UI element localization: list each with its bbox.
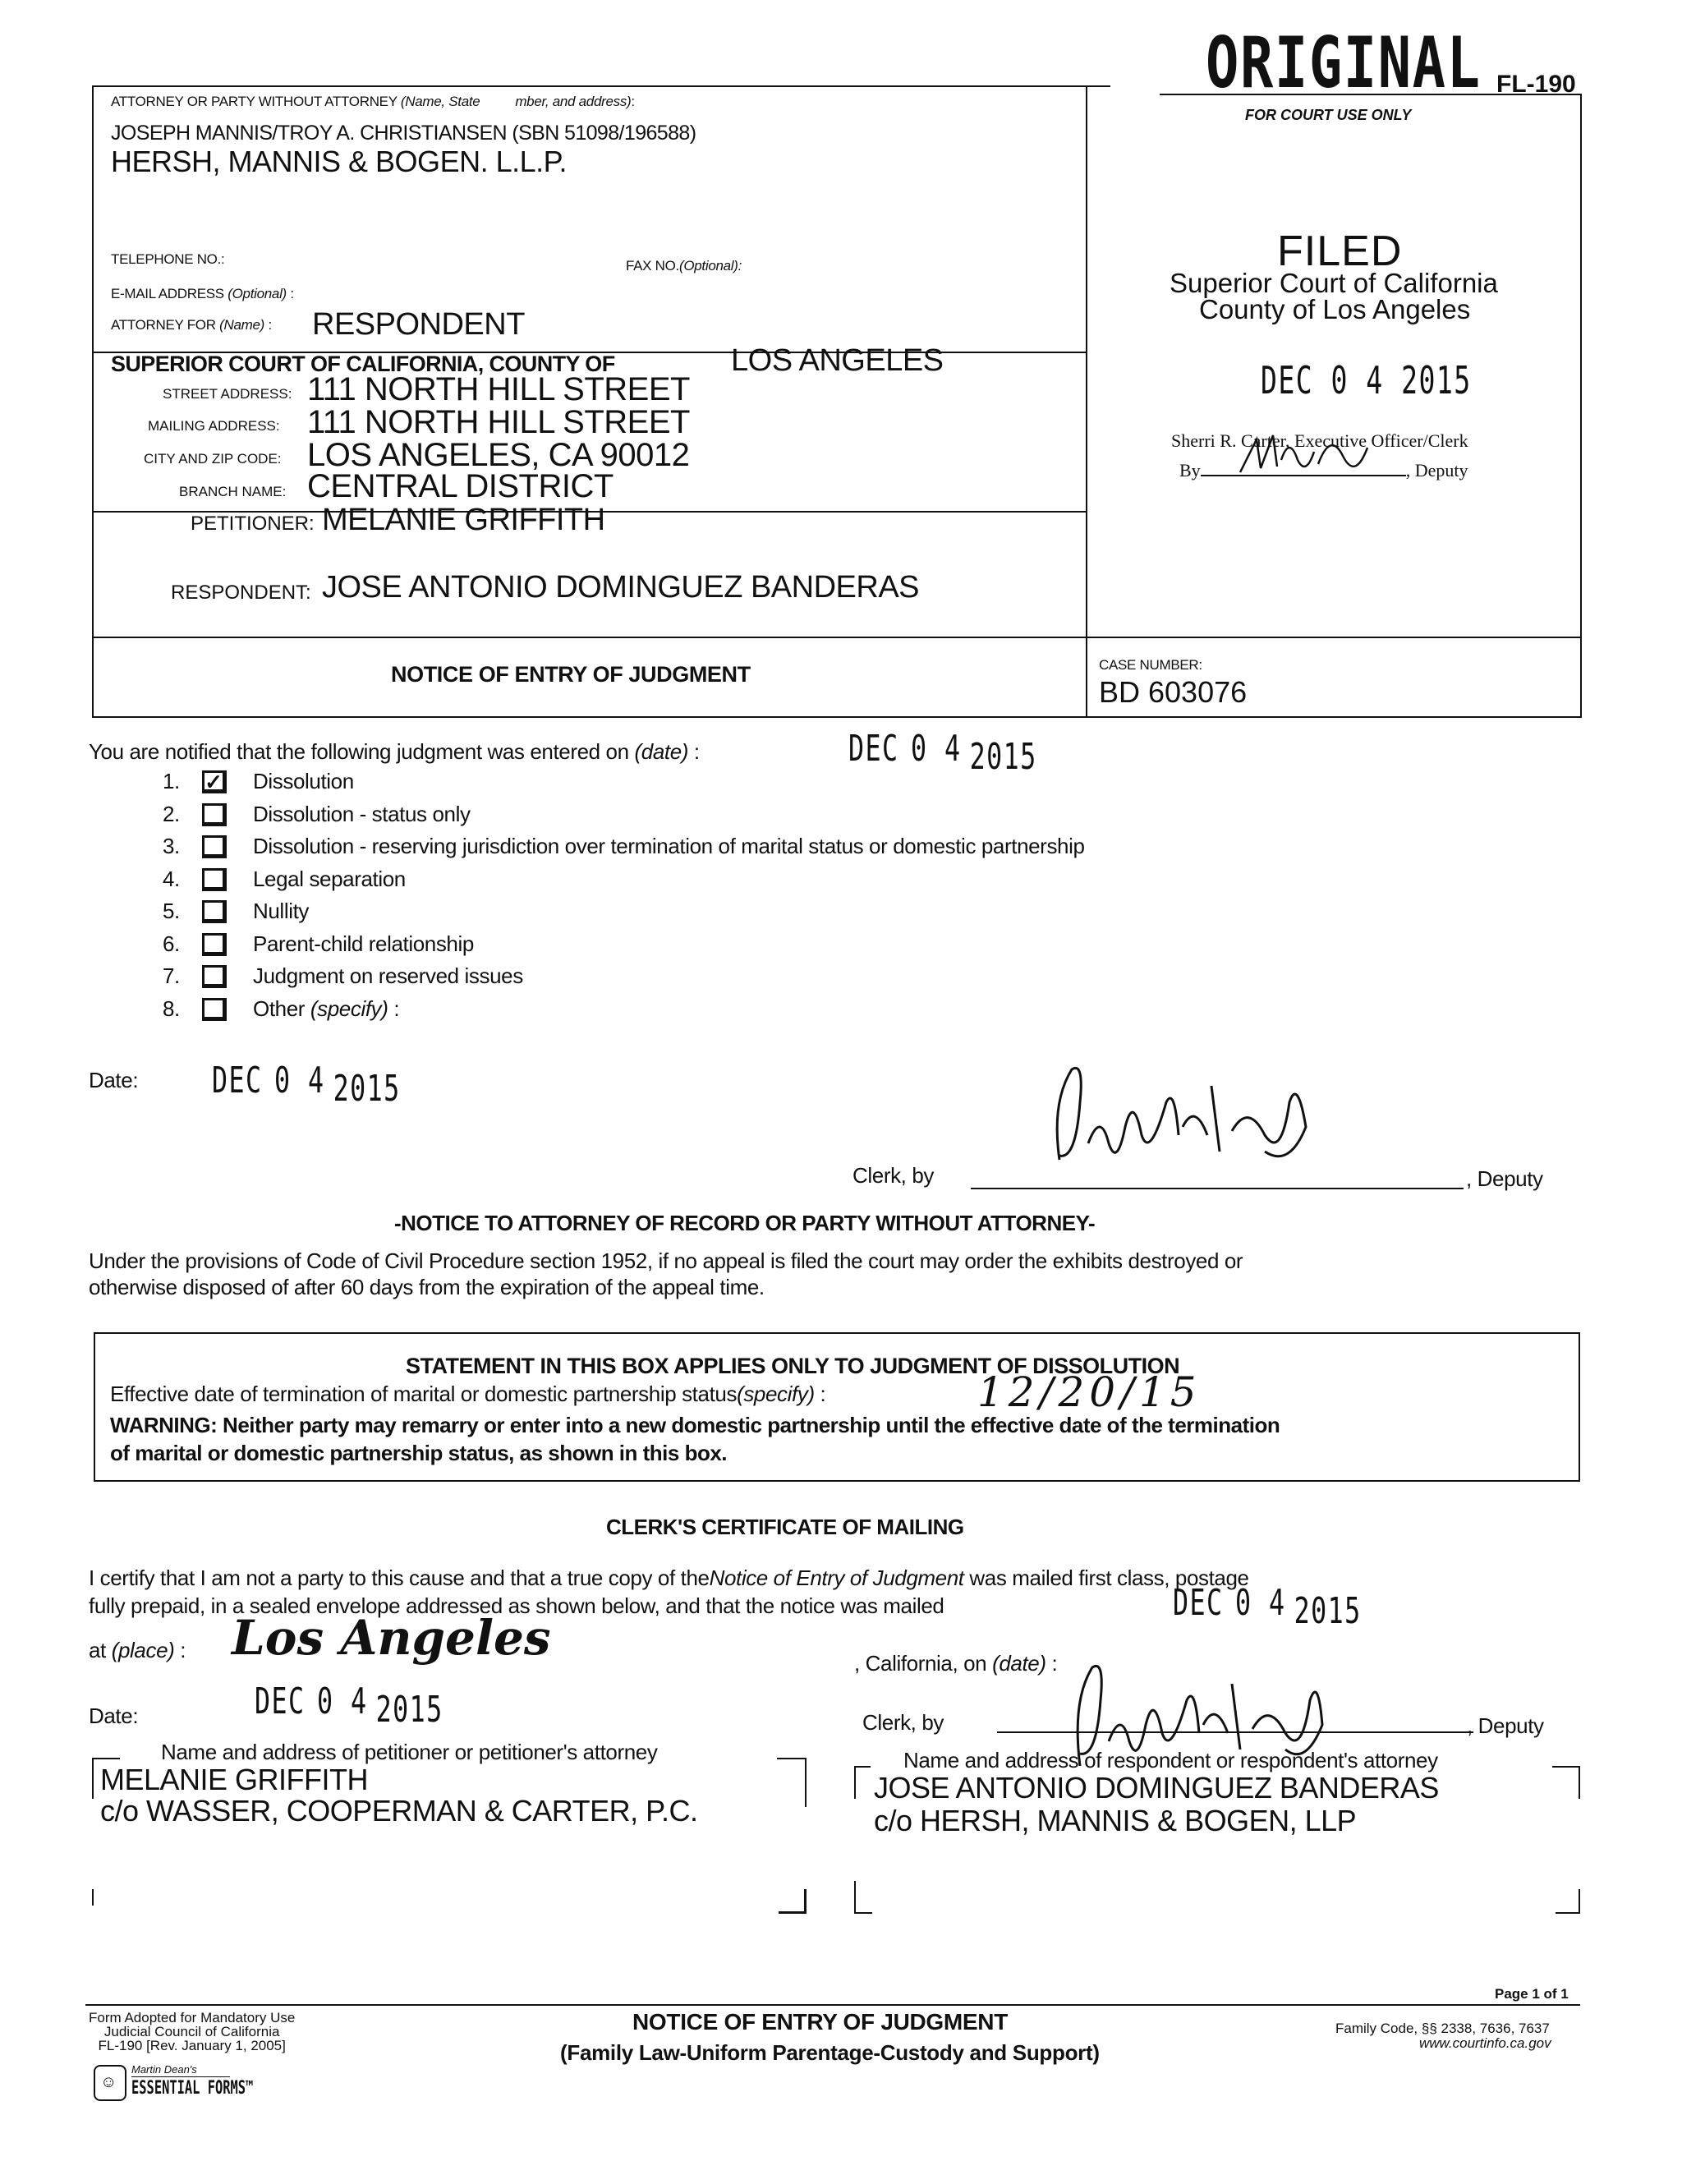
- judgment-option-number: 2.: [163, 802, 180, 827]
- caption-divider: [1086, 85, 1087, 718]
- court-county: LOS ANGELES: [731, 343, 944, 379]
- publisher-underline: [131, 2076, 230, 2077]
- judgment-intro: You are notified that the following judg…: [89, 739, 700, 765]
- petitioner-value: MELANIE GRIFFITH: [322, 503, 605, 538]
- judgment-option-label: Nullity: [253, 899, 309, 924]
- caption-bottom-border: [92, 716, 1582, 718]
- judgment-date-value: DEC0 42015: [212, 1060, 401, 1101]
- judgment-option-number: 7.: [163, 963, 180, 989]
- caption-right-border: [1580, 94, 1582, 718]
- form-title: NOTICE OF ENTRY OF JUDGMENT: [391, 662, 751, 687]
- notice-attorney-line1: Under the provisions of Code of Civil Pr…: [89, 1248, 1243, 1274]
- mailing-address-label: MAILING ADDRESS:: [148, 418, 280, 435]
- mailing-respondent-name: JOSE ANTONIO DOMINGUEZ BANDERAS: [874, 1771, 1439, 1805]
- judgment-deputy-label: , Deputy: [1466, 1166, 1543, 1192]
- footer-subtitle: (Family Law-Uniform Parentage-Custody an…: [560, 2040, 1100, 2066]
- mailing-place-label: at (place) :: [89, 1638, 186, 1663]
- filed-stamp-signature: [1232, 427, 1380, 485]
- footer-page: Page 1 of 1: [1495, 1986, 1569, 2002]
- footer-adopted: Form Adopted for Mandatory Use Judicial …: [89, 2011, 295, 2053]
- caption-left-border-lower: [92, 637, 94, 717]
- case-number-label: CASE NUMBER:: [1099, 657, 1202, 674]
- attorney-names: JOSEPH MANNIS/TROY A. CHRISTIANSEN (SBN …: [111, 122, 696, 145]
- judgment-option-number: 6.: [163, 931, 180, 957]
- judgment-option-number: 4.: [163, 867, 180, 892]
- judgment-option-checkbox[interactable]: [202, 998, 227, 1021]
- caption-title-divider: [92, 637, 1582, 638]
- mailing-california-on: , California, on (date) :: [854, 1651, 1057, 1676]
- judgment-option-checkbox[interactable]: [202, 965, 227, 988]
- respondent-box-bottom: [854, 1881, 1580, 1914]
- mailing-clerk-by-label: Clerk, by: [862, 1710, 944, 1736]
- form-code: FL-190: [1496, 71, 1576, 99]
- fax-label: FAX NO.(Optional):: [626, 258, 742, 274]
- footer-code: Family Code, §§ 2338, 7636, 7637: [1335, 2021, 1550, 2037]
- judgment-option-label: Parent-child relationship: [253, 931, 474, 957]
- branch-name-label: BRANCH NAME:: [179, 484, 286, 500]
- judgment-option-checkbox[interactable]: [202, 933, 227, 956]
- respondent-label: RESPONDENT:: [171, 582, 311, 605]
- judgment-option-number: 5.: [163, 899, 180, 924]
- judgment-option-number: 3.: [163, 834, 180, 859]
- telephone-label: TELEPHONE NO.:: [111, 251, 224, 268]
- mailing-deputy-label: , Deputy: [1467, 1713, 1544, 1739]
- dissolution-effective-label: Effective date of termination of marital…: [110, 1382, 825, 1407]
- mailing-date-label: Date:: [89, 1704, 138, 1729]
- branch-name-value: CENTRAL DISTRICT: [307, 468, 614, 505]
- mailing-date-value: DEC0 42015: [255, 1681, 443, 1722]
- publisher-small: Martin Dean's: [131, 2063, 197, 2076]
- caption-top-border: [92, 85, 1110, 87]
- dissolution-effective-value: 12/20/15: [977, 1368, 1202, 1416]
- judgment-option-label: Legal separation: [253, 867, 406, 892]
- petitioner-box-label: Name and address of petitioner or petiti…: [161, 1740, 657, 1765]
- attorney-for-label: ATTORNEY FOR (Name) :: [111, 317, 272, 333]
- mailing-respondent-address: c/o HERSH, MANNIS & BOGEN, LLP: [874, 1804, 1356, 1838]
- case-number-value: BD 603076: [1099, 675, 1247, 710]
- attorney-firm: HERSH, MANNIS & BOGEN. L.L.P.: [111, 145, 567, 179]
- mailing-petitioner-address: c/o WASSER, COOPERMAN & CARTER, P.C.: [100, 1794, 698, 1828]
- judgment-option-number: 8.: [163, 996, 180, 1022]
- footer-divider: [85, 2004, 1580, 2006]
- judgment-option-label: Judgment on reserved issues: [253, 963, 523, 989]
- checkmark-icon: ✓: [205, 770, 223, 794]
- judgment-option-number: 1.: [163, 769, 180, 794]
- judgment-option-checkbox[interactable]: [202, 803, 227, 826]
- attorney-label: ATTORNEY OR PARTY WITHOUT ATTORNEY (Name…: [111, 94, 635, 110]
- judgment-option-checkbox[interactable]: [202, 868, 227, 891]
- judgment-option-checkbox[interactable]: ✓: [202, 770, 227, 793]
- street-address-label: STREET ADDRESS:: [163, 386, 292, 402]
- judgment-option-checkbox[interactable]: [202, 835, 227, 858]
- filed-stamp-county: County of Los Angeles: [1199, 294, 1470, 325]
- judgment-option-label: Dissolution - status only: [253, 802, 471, 827]
- mailing-clerk-signature-line: [997, 1731, 1473, 1733]
- respondent-box-label: Name and address of respondent or respon…: [903, 1748, 1438, 1773]
- judgment-option-label: Dissolution - reserving jurisdiction ove…: [253, 834, 1085, 859]
- petitioner-label: PETITIONER:: [191, 513, 315, 536]
- judgment-clerk-signature-line: [971, 1188, 1464, 1189]
- footer-website: www.courtinfo.ca.gov: [1419, 2035, 1551, 2052]
- judgment-clerk-signature: [1043, 1053, 1322, 1176]
- notice-attorney-line2: otherwise disposed of after 60 days from…: [89, 1275, 765, 1300]
- street-address-value: 111 NORTH HILL STREET: [307, 371, 690, 408]
- publisher-emblem-icon: ☺: [100, 2071, 117, 2093]
- judgment-option-checkbox[interactable]: [202, 900, 227, 923]
- filed-stamp-date: DEC 0 4 2015: [1261, 358, 1472, 402]
- mailing-line1: I certify that I am not a party to this …: [89, 1566, 1249, 1591]
- judgment-option-label: Other (specify) :: [253, 996, 399, 1022]
- caption-left-border: [92, 85, 94, 637]
- mailing-mailed-date: DEC0 42015: [1173, 1582, 1362, 1624]
- publisher-brand: ESSENTIAL FORMS™: [131, 2078, 253, 2099]
- email-label: E-MAIL ADDRESS (Optional) :: [111, 286, 294, 302]
- publisher-logo: ☺: [94, 2065, 126, 2101]
- respondent-value: JOSE ANTONIO DOMINGUEZ BANDERAS: [322, 570, 919, 605]
- petitioner-box-bottom: [92, 1889, 807, 1914]
- original-stamp: ORIGINAL: [1206, 28, 1482, 99]
- footer-title: NOTICE OF ENTRY OF JUDGMENT: [632, 2009, 1008, 2035]
- judgment-date-label: Date:: [89, 1068, 138, 1093]
- city-zip-label: CITY AND ZIP CODE:: [144, 451, 282, 467]
- mailing-place-value: Los Angeles: [232, 1610, 551, 1666]
- dissolution-warning-line2: of marital or domestic partnership statu…: [110, 1441, 727, 1466]
- dissolution-warning-line1: WARNING: Neither party may remarry or en…: [110, 1413, 1280, 1438]
- judgment-entered-date: DEC0 42015: [848, 728, 1037, 770]
- judgment-option-label: Dissolution: [253, 769, 354, 794]
- attorney-for-value: RESPONDENT: [312, 307, 525, 343]
- notice-attorney-heading: -NOTICE TO ATTORNEY OF RECORD OR PARTY W…: [394, 1211, 1095, 1236]
- mailing-petitioner-name: MELANIE GRIFFITH: [100, 1763, 368, 1797]
- judgment-clerk-by-label: Clerk, by: [852, 1163, 934, 1189]
- mailing-address-value: 111 NORTH HILL STREET: [307, 404, 690, 441]
- mailing-heading: CLERK'S CERTIFICATE OF MAILING: [606, 1515, 964, 1540]
- court-use-label: FOR COURT USE ONLY: [1245, 107, 1411, 124]
